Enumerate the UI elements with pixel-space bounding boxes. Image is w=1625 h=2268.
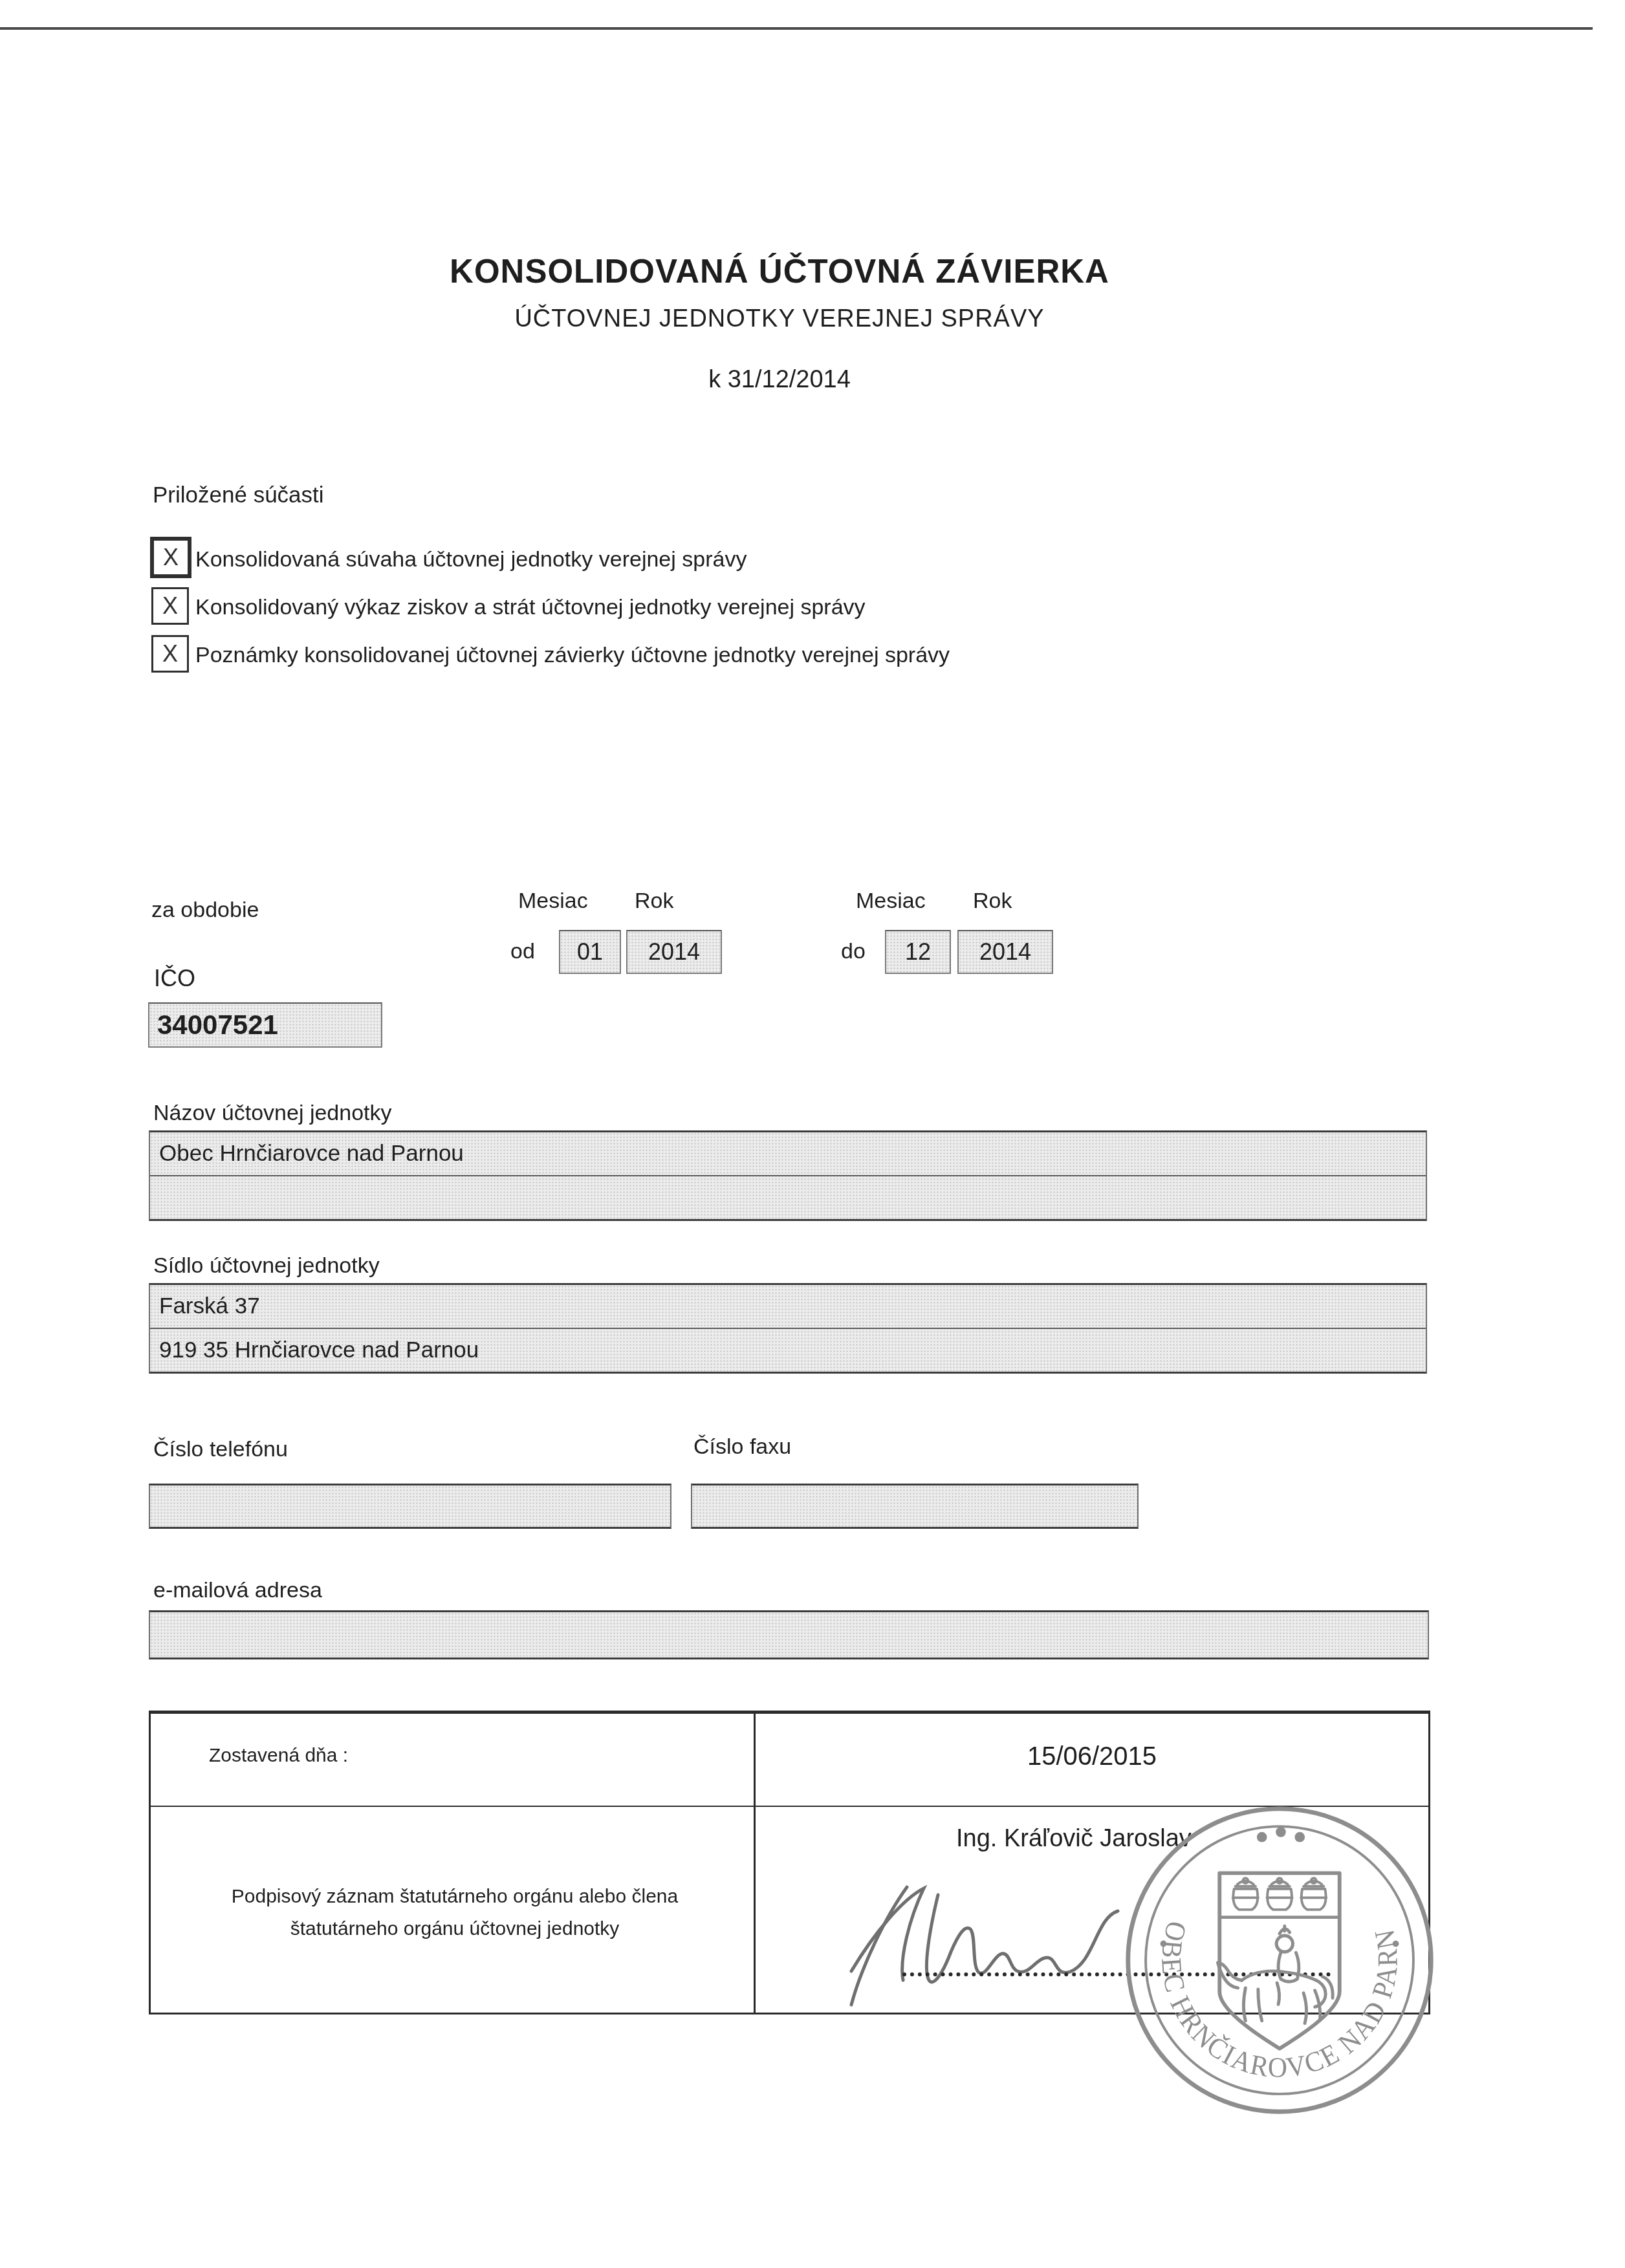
period-from-prefix: od [510, 939, 535, 964]
entity-name-line2 [150, 1175, 1426, 1219]
attachment-checkbox-notes: X [151, 635, 189, 673]
entity-address-label: Sídlo účtovnej jednotky [153, 1253, 380, 1279]
entity-name-field: Obec Hrnčiarovce nad Parnou [149, 1130, 1427, 1221]
handwritten-signature [841, 1875, 1126, 2014]
stamp-ring-text: OBEC HRNČIAROVCE NAD PARNOU [1122, 1802, 1404, 2084]
attachment-checkbox-profit-loss: X [151, 587, 189, 625]
compiled-date-label: Zostavená dňa : [209, 1745, 348, 1767]
horseman-figure [1217, 1926, 1333, 2023]
entity-address-line2: 919 35 Hrnčiarovce nad Parnou [150, 1328, 1426, 1372]
year-header-to: Rok [973, 889, 1012, 914]
fax-field [691, 1484, 1139, 1529]
attachment-label-notes: Poznámky konsolidovanej účtovnej závierk… [195, 643, 950, 668]
entity-name-line1: Obec Hrnčiarovce nad Parnou [150, 1132, 1426, 1175]
svg-text:OBEC HRNČIAROVCE NAD PARNOU: OBEC HRNČIAROVCE NAD PARNOU [1122, 1802, 1404, 2084]
document-subtitle: ÚČTOVNEJ JEDNOTKY VEREJNEJ SPRÁVY [514, 305, 1044, 332]
attachment-checkbox-balance-sheet: X [150, 537, 191, 578]
signature-caption-line1: Podpisový záznam štatutárneho orgánu ale… [177, 1881, 733, 1913]
ico-value: 34007521 [157, 1010, 278, 1041]
phone-label: Číslo telefónu [153, 1437, 288, 1462]
entity-address-field: Farská 37 919 35 Hrnčiarovce nad Parnou [149, 1283, 1427, 1374]
entity-name-label: Názov účtovnej jednotky [153, 1101, 392, 1126]
stamp-coat-of-arms [1217, 1873, 1339, 2048]
ico-field: 34007521 [148, 1002, 382, 1048]
year-header-from: Rok [635, 889, 673, 914]
period-label: za obdobie [151, 898, 259, 923]
scan-artifact-line [0, 27, 1593, 30]
period-from-year-field: 2014 [626, 930, 722, 974]
period-to-year-field: 2014 [957, 930, 1053, 974]
as-of-date: k 31/12/2014 [708, 366, 851, 393]
checkbox-x-mark: X [163, 544, 179, 571]
month-header-from: Mesiac [518, 889, 588, 914]
email-field [149, 1610, 1429, 1659]
municipal-stamp: OBEC HRNČIAROVCE NAD PARNOU [1122, 1802, 1437, 2118]
phone-field [149, 1484, 671, 1529]
period-from-month-field: 01 [559, 930, 621, 974]
document-title: KONSOLIDOVANÁ ÚČTOVNÁ ZÁVIERKA [450, 253, 1109, 290]
period-to-month-field: 12 [885, 930, 951, 974]
ico-label: IČO [154, 965, 195, 992]
checkbox-x-mark: X [162, 640, 178, 667]
entity-address-line1: Farská 37 [150, 1285, 1426, 1328]
email-label: e-mailová adresa [153, 1578, 322, 1603]
attachments-heading: Priložené súčasti [153, 482, 324, 508]
attachment-label-balance-sheet: Konsolidovaná súvaha účtovnej jednotky v… [195, 547, 747, 572]
month-header-to: Mesiac [856, 889, 926, 914]
attachment-label-profit-loss: Konsolidovaný výkaz ziskov a strát účtov… [195, 595, 866, 620]
fax-label: Číslo faxu [693, 1434, 791, 1460]
compiled-date-value: 15/06/2015 [756, 1742, 1428, 1771]
period-to-prefix: do [841, 939, 866, 964]
signature-caption: Podpisový záznam štatutárneho orgánu ale… [177, 1881, 733, 1945]
checkbox-x-mark: X [162, 592, 178, 620]
scanned-document-page: KONSOLIDOVANÁ ÚČTOVNÁ ZÁVIERKA ÚČTOVNEJ … [0, 0, 1625, 2268]
signature-caption-line2: štatutárneho orgánu účtovnej jednotky [177, 1913, 733, 1945]
